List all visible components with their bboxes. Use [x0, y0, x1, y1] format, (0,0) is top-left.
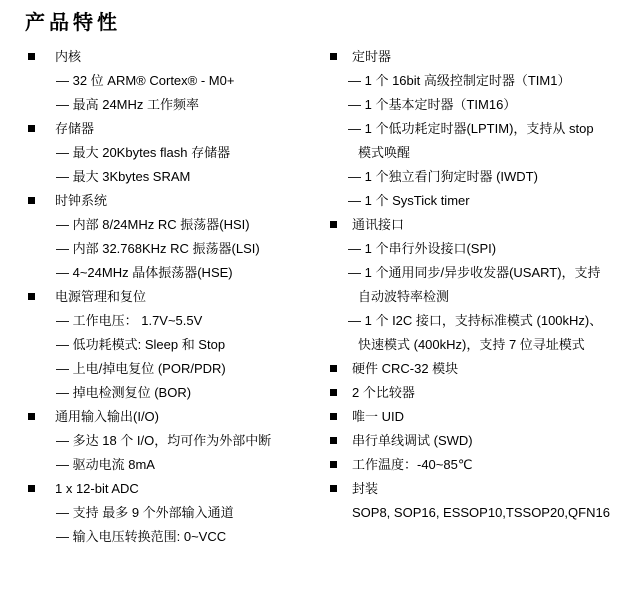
- section-label: 定时器: [352, 49, 391, 64]
- bullet-square-icon: [28, 413, 35, 420]
- bullet-square-icon: [330, 413, 337, 420]
- page-title: 产品特性: [25, 6, 121, 35]
- section-header-package: 封装: [330, 477, 610, 501]
- feature-item: — 掉电检测复位 (BOR): [28, 381, 322, 405]
- feature-item: — 支持 最多 9 个外部输入通道: [28, 501, 322, 525]
- section-label: 1 x 12-bit ADC: [55, 481, 139, 496]
- section-label: 封装: [352, 481, 378, 496]
- section-label: 唯一 UID: [352, 409, 404, 424]
- section-header-temperature: 工作温度：-40~85℃: [330, 453, 610, 477]
- section-label: 串行单线调试 (SWD): [352, 433, 473, 448]
- section-label: 存储器: [55, 121, 94, 136]
- feature-item: — 内部 32.768KHz RC 振荡器(LSI): [28, 237, 322, 261]
- feature-item: — 1 个串行外设接口(SPI): [330, 237, 610, 261]
- bullet-square-icon: [28, 197, 35, 204]
- bullet-square-icon: [330, 53, 337, 60]
- feature-item: — 输入电压转换范围: 0~VCC: [28, 525, 322, 549]
- section-label: 内核: [55, 49, 81, 64]
- features-column-right: 定时器 — 1 个 16bit 高级控制定时器（TIM1） — 1 个基本定时器…: [330, 45, 610, 525]
- bullet-square-icon: [330, 461, 337, 468]
- feature-item: — 上电/掉电复位 (POR/PDR): [28, 357, 322, 381]
- section-header-uid: 唯一 UID: [330, 405, 610, 429]
- feature-item: — 多达 18 个 I/O，均可作为外部中断: [28, 429, 322, 453]
- feature-item: — 32 位 ARM® Cortex® - M0+: [28, 69, 322, 93]
- bullet-square-icon: [330, 485, 337, 492]
- feature-item: — 低功耗模式: Sleep 和 Stop: [28, 333, 322, 357]
- section-header-gpio: 通用输入输出(I/O): [28, 405, 322, 429]
- feature-item: — 内部 8/24MHz RC 振荡器(HSI): [28, 213, 322, 237]
- section-header-communication: 通讯接口: [330, 213, 610, 237]
- feature-item: — 驱动电流 8mA: [28, 453, 322, 477]
- section-header-swd: 串行单线调试 (SWD): [330, 429, 610, 453]
- section-header-comparators: 2 个比较器: [330, 381, 610, 405]
- section-label: 硬件 CRC-32 模块: [352, 361, 458, 376]
- feature-item: — 1 个 16bit 高级控制定时器（TIM1）: [330, 69, 610, 93]
- bullet-square-icon: [330, 389, 337, 396]
- section-label: 时钟系统: [55, 193, 107, 208]
- features-column-left: 内核 — 32 位 ARM® Cortex® - M0+ — 最高 24MHz …: [28, 45, 322, 549]
- bullet-square-icon: [330, 437, 337, 444]
- feature-item: — 4~24MHz 晶体振荡器(HSE): [28, 261, 322, 285]
- section-header-core: 内核: [28, 45, 322, 69]
- feature-item: — 1 个 I2C 接口，支持标准模式 (100kHz)、 快速模式 (400k…: [330, 309, 610, 357]
- section-header-crc: 硬件 CRC-32 模块: [330, 357, 610, 381]
- section-header-memory: 存储器: [28, 117, 322, 141]
- section-label: 通讯接口: [352, 217, 404, 232]
- feature-item: — 1 个基本定时器（TIM16）: [330, 93, 610, 117]
- feature-item: — 最高 24MHz 工作频率: [28, 93, 322, 117]
- section-label: 通用输入输出(I/O): [55, 409, 159, 424]
- section-label: 电源管理和复位: [55, 289, 146, 304]
- feature-item: — 最大 3Kbytes SRAM: [28, 165, 322, 189]
- bullet-square-icon: [330, 365, 337, 372]
- bullet-square-icon: [28, 53, 35, 60]
- package-list: SOP8, SOP16, ESSOP10,TSSOP20,QFN16: [330, 501, 610, 525]
- feature-item: — 1 个通用同步/异步收发器(USART)，支持自动波特率检测: [330, 261, 610, 309]
- feature-item: — 最大 20Kbytes flash 存储器: [28, 141, 322, 165]
- section-label: 2 个比较器: [352, 385, 415, 400]
- feature-item: — 1 个 SysTick timer: [330, 189, 610, 213]
- feature-item: — 工作电压： 1.7V~5.5V: [28, 309, 322, 333]
- section-header-power-reset: 电源管理和复位: [28, 285, 322, 309]
- feature-item: — 1 个独立看门狗定时器 (IWDT): [330, 165, 610, 189]
- bullet-square-icon: [28, 293, 35, 300]
- bullet-square-icon: [330, 221, 337, 228]
- bullet-square-icon: [28, 485, 35, 492]
- section-header-timers: 定时器: [330, 45, 610, 69]
- section-header-clock-system: 时钟系统: [28, 189, 322, 213]
- section-label: 工作温度：-40~85℃: [352, 457, 472, 472]
- section-header-adc: 1 x 12-bit ADC: [28, 477, 322, 501]
- datasheet-features-page: 产品特性 内核 — 32 位 ARM® Cortex® - M0+ — 最高 2…: [0, 0, 620, 591]
- bullet-square-icon: [28, 125, 35, 132]
- feature-item: — 1 个低功耗定时器(LPTIM)，支持从 stop 模式唤醒: [330, 117, 610, 165]
